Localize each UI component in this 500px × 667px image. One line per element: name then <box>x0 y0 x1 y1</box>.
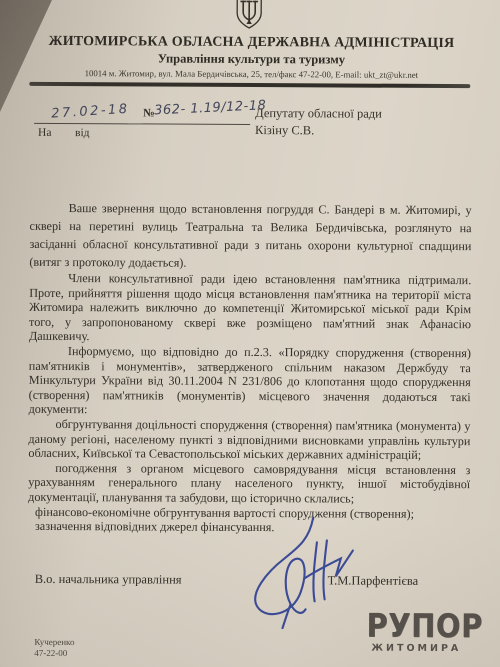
number-label: № <box>143 107 155 119</box>
executor-name: Кучеренко <box>34 637 74 648</box>
rupor-zhytomyra-watermark: РУПОР ЖИТОМИРА <box>366 610 466 655</box>
photo-background: ЖИТОМИРСЬКА ОБЛАСНА ДЕРЖАВНА АДМІНІСТРАЦ… <box>0 0 500 667</box>
signer-position: В.о. начальника управління <box>35 572 182 588</box>
recipient-block: Депутату обласної ради Кізіну С.В. <box>255 105 382 139</box>
list-item-approval: погодження з органом місцевого самовряду… <box>28 461 470 507</box>
vid-label: від <box>75 127 90 139</box>
watermark-title: РУПОР <box>366 610 466 643</box>
na-label: На <box>38 127 51 139</box>
department-name: Управління культури та туризму <box>1 51 500 69</box>
paragraph-procedure-reference: Інформуємо, що відповідно до п.2.3. «Пор… <box>29 344 471 419</box>
list-item-justification: обгрунтування доцільності спорудження (с… <box>28 417 470 463</box>
org-name: ЖИТОМИРСЬКА ОБЛАСНА ДЕРЖАВНА АДМІНІСТРАЦ… <box>1 34 500 53</box>
reference-block: 27.02-18 № 362- 1.19/12-18 На від Депута… <box>1 101 500 152</box>
header-divider <box>29 82 470 88</box>
executor-block: Кучеренко 47-22-00 <box>34 637 74 658</box>
recipient-name: Кізіну С.В. <box>255 122 382 139</box>
letter-body: Ваше звернення щодо встановлення погрудд… <box>28 199 472 536</box>
recipient-title: Депутату обласної ради <box>255 105 382 122</box>
letter-content: ЖИТОМИРСЬКА ОБЛАСНА ДЕРЖАВНА АДМІНІСТРАЦ… <box>0 0 500 667</box>
executor-phone: 47-22-00 <box>34 647 74 658</box>
signer-name: Т.М.Парфентієва <box>328 573 419 588</box>
org-address: 10014 м. Житомир, вул. Мала Бердичівська… <box>1 68 500 81</box>
paragraph-appeal: Ваше звернення щодо встановлення погрудд… <box>29 199 471 273</box>
signature-scrawl-icon <box>244 514 360 630</box>
ukraine-trident-icon <box>233 0 266 29</box>
paragraph-council-decision: Члени консультативної ради ідею встановл… <box>29 271 471 346</box>
